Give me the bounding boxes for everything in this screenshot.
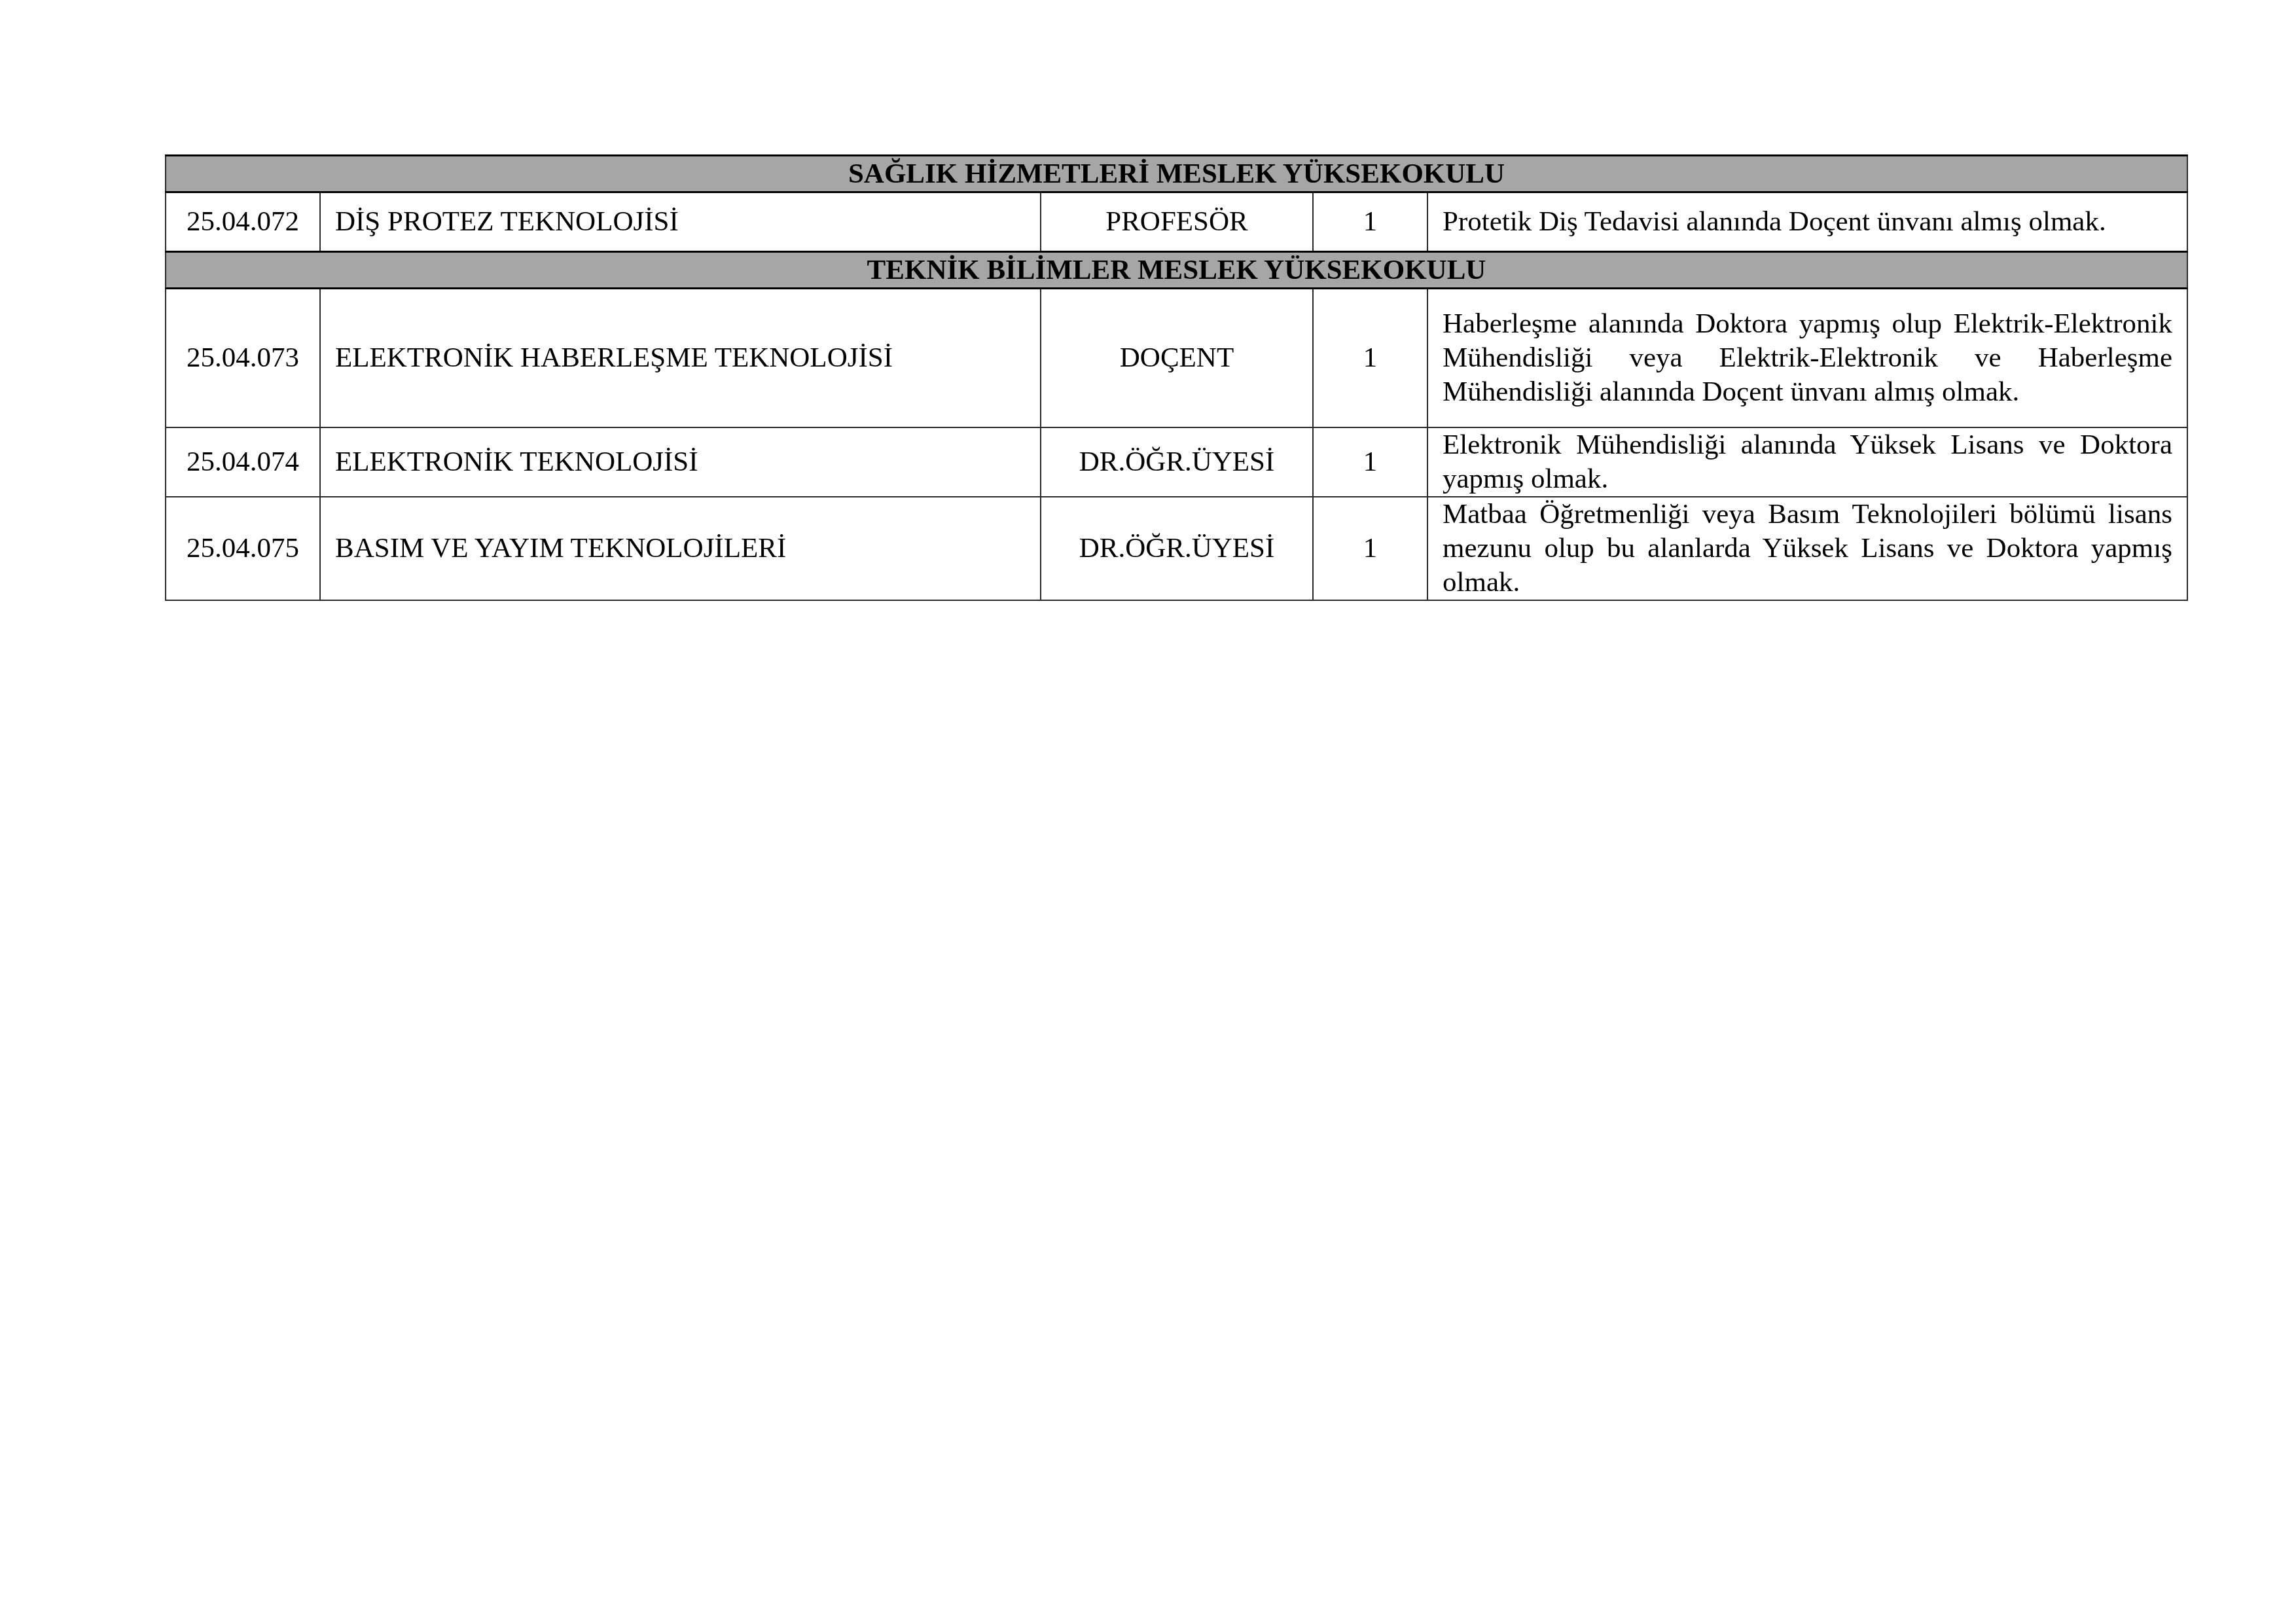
position-code: 25.04.073 [166,289,320,428]
requirement-text: Haberleşme alanında Doktora yapmış olup … [1427,289,2187,428]
department-name: BASIM VE YAYIM TEKNOLOJİLERİ [320,497,1041,600]
department-name: ELEKTRONİK HABERLEŞME TEKNOLOJİSİ [320,289,1041,428]
section-title: TEKNİK BİLİMLER MESLEK YÜKSEKOKULU [166,252,2187,289]
table-row: 25.04.074 ELEKTRONİK TEKNOLOJİSİ DR.ÖĞR.… [166,427,2187,497]
table-row: 25.04.072 DİŞ PROTEZ TEKNOLOJİSİ PROFESÖ… [166,192,2187,252]
position-code: 25.04.075 [166,497,320,600]
requirement-text: Matbaa Öğretmenliği veya Basım Teknoloji… [1427,497,2187,600]
department-name: ELEKTRONİK TEKNOLOJİSİ [320,427,1041,497]
table-row: 25.04.075 BASIM VE YAYIM TEKNOLOJİLERİ D… [166,497,2187,600]
section-header-row: TEKNİK BİLİMLER MESLEK YÜKSEKOKULU [166,252,2187,289]
academic-title: DR.ÖĞR.ÜYESİ [1041,497,1313,600]
department-name: DİŞ PROTEZ TEKNOLOJİSİ [320,192,1041,252]
position-count: 1 [1313,192,1427,252]
section-header-row: SAĞLIK HİZMETLERİ MESLEK YÜKSEKOKULU [166,156,2187,192]
position-count: 1 [1313,497,1427,600]
table-row: 25.04.073 ELEKTRONİK HABERLEŞME TEKNOLOJ… [166,289,2187,428]
academic-title: PROFESÖR [1041,192,1313,252]
staff-positions-table: SAĞLIK HİZMETLERİ MESLEK YÜKSEKOKULU 25.… [165,154,2188,601]
requirement-text: Protetik Diş Tedavisi alanında Doçent ün… [1427,192,2187,252]
position-code: 25.04.074 [166,427,320,497]
position-count: 1 [1313,289,1427,428]
requirement-text: Elektronik Mühendisliği alanında Yüksek … [1427,427,2187,497]
section-title: SAĞLIK HİZMETLERİ MESLEK YÜKSEKOKULU [166,156,2187,192]
position-code: 25.04.072 [166,192,320,252]
academic-title: DOÇENT [1041,289,1313,428]
position-count: 1 [1313,427,1427,497]
academic-title: DR.ÖĞR.ÜYESİ [1041,427,1313,497]
